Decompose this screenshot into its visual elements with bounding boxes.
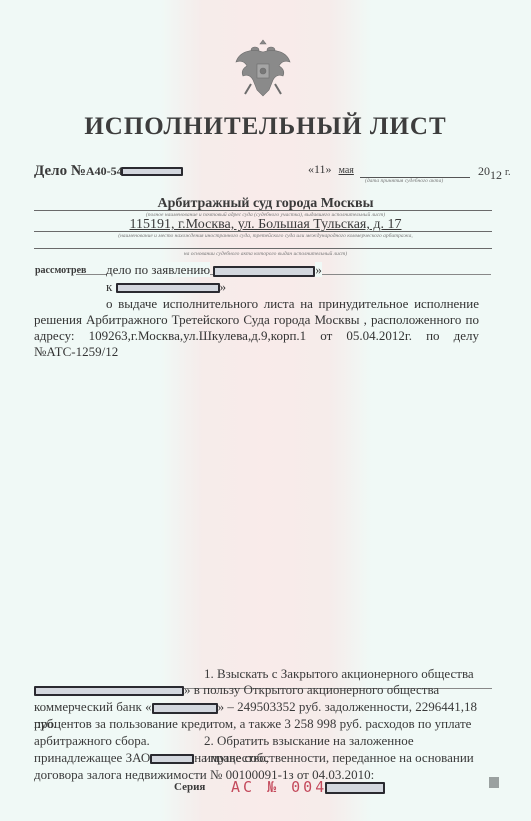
- scan-mark: [489, 777, 499, 788]
- redaction-box: [34, 686, 184, 696]
- basis-line: [34, 248, 492, 249]
- redaction-box: [325, 782, 385, 794]
- decision-item-1: 1. Взыскать с Закрытого акционерного общ…: [204, 665, 504, 682]
- case-number-value: А40-54: [86, 164, 123, 178]
- address-caption: (наименование и место нахождения иностра…: [0, 233, 531, 239]
- redaction-box: [150, 754, 194, 764]
- decision-line-6: принадлежащее ЗАОна праве собственности,…: [34, 749, 479, 766]
- case-label: Дело №: [34, 163, 86, 179]
- document-title: ИСПОЛНИТЕЛЬНЫЙ ЛИСТ: [0, 113, 531, 141]
- redaction-box: [152, 703, 218, 714]
- case-number: Дело №А40-54: [34, 163, 183, 180]
- redaction-box: [213, 266, 315, 277]
- decision-line-5: арбитражного сбора. 2. Обратить взыскани…: [34, 732, 479, 749]
- decision-line-4: процентов за пользование кредитом, а так…: [34, 715, 479, 732]
- date-year: 2012 г.: [478, 164, 510, 183]
- decision-date: «11» мая: [308, 162, 354, 177]
- applicant-line: дело по заявлению »: [106, 262, 322, 278]
- redaction-box: [121, 167, 183, 176]
- respondent-line: к »: [106, 279, 226, 295]
- decision-line-2: » в пользу Открытого акционерного общест…: [34, 681, 479, 698]
- serial-label: Серия: [174, 781, 205, 793]
- court-name: Арбитражный суд города Москвы: [0, 196, 531, 212]
- serial-number: АС № 004: [231, 778, 385, 796]
- basis-caption: на основании судебного акта которого выд…: [0, 251, 531, 257]
- redaction-box: [116, 283, 220, 293]
- date-caption: (дата принятия судебного акта): [365, 178, 443, 184]
- date-day: «11»: [308, 162, 332, 176]
- date-month: мая: [339, 165, 354, 176]
- coat-of-arms-emblem-icon: [233, 38, 293, 100]
- court-address: 115191, г.Москва, ул. Большая Тульская, …: [0, 217, 531, 233]
- application-paragraph: о выдаче исполнительного листа на принуд…: [34, 296, 479, 360]
